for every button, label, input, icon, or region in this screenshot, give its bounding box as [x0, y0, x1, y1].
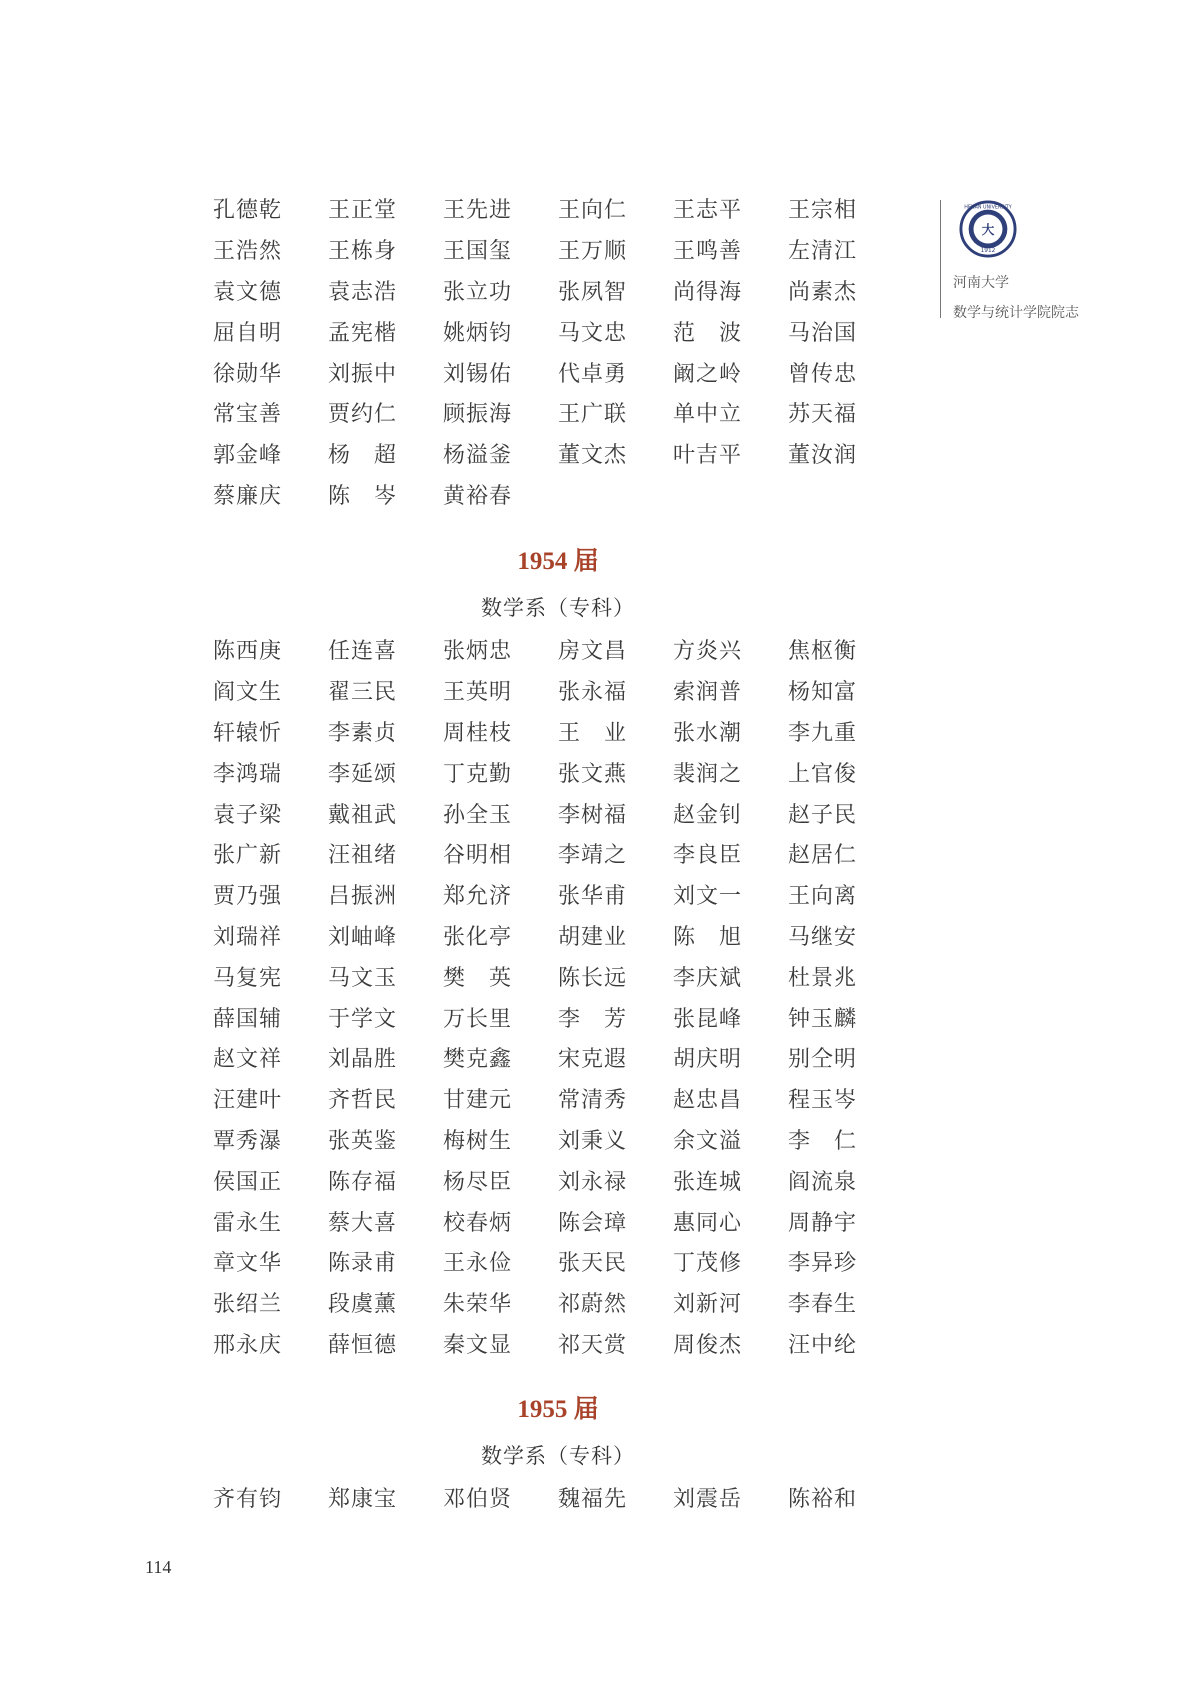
graduate-name: 雷永生 — [213, 1213, 328, 1235]
graduate-name: 章文华 — [213, 1253, 328, 1275]
graduate-name: 邓伯贤 — [443, 1489, 558, 1511]
graduate-name: 杨知富 — [788, 682, 903, 704]
svg-text:大: 大 — [982, 222, 995, 237]
graduate-name: 赵居仁 — [788, 845, 903, 867]
graduate-name: 万长里 — [443, 1009, 558, 1031]
graduate-name: 左清江 — [788, 241, 903, 263]
book-title: 数学与统计学院院志 — [953, 306, 1079, 320]
name-row: 覃秀瀑 张英鉴 梅树生 刘秉义 余文溢 李 仁 — [213, 1122, 903, 1163]
name-row: 阎文生 翟三民 王英明 张永福 索润普 杨知富 — [213, 673, 903, 714]
name-row: 王浩然 王栋身 王国玺 王万顺 王鸣善 左清江 — [213, 232, 903, 273]
graduate-name: 戴祖武 — [328, 805, 443, 827]
graduate-name: 翟三民 — [328, 682, 443, 704]
graduate-name: 余文溢 — [673, 1131, 788, 1153]
graduate-name: 李异珍 — [788, 1253, 903, 1275]
graduate-name: 王永俭 — [443, 1253, 558, 1275]
graduate-name: 王向离 — [788, 886, 903, 908]
graduate-name: 王浩然 — [213, 241, 328, 263]
graduate-name: 于学文 — [328, 1009, 443, 1031]
graduate-name: 陈 旭 — [673, 927, 788, 949]
graduate-name: 李良臣 — [673, 845, 788, 867]
graduate-name: 段虞薰 — [328, 1294, 443, 1316]
graduate-name: 谷明相 — [443, 845, 558, 867]
graduate-name: 周桂枝 — [443, 723, 558, 745]
page-number: 114 — [145, 1557, 171, 1578]
graduate-name: 薛恒德 — [328, 1335, 443, 1357]
graduate-name: 常清秀 — [558, 1090, 673, 1112]
graduate-name: 顾振海 — [443, 404, 558, 426]
graduate-name: 姚炳钧 — [443, 323, 558, 345]
graduate-name: 侯国正 — [213, 1172, 328, 1194]
graduate-name: 甘建元 — [443, 1090, 558, 1112]
graduate-name: 张夙智 — [558, 282, 673, 304]
graduate-name: 上官俊 — [788, 764, 903, 786]
continued-names-list: 孔德乾 王正堂 王先进 王向仁 王志平 王宗相 王浩然 王栋身 王国玺 王万顺 … — [213, 191, 903, 517]
name-row: 常宝善 贾约仁 顾振海 王广联 单中立 苏天福 — [213, 395, 903, 436]
graduate-name: 汪建叶 — [213, 1090, 328, 1112]
graduate-name: 李素贞 — [328, 723, 443, 745]
graduate-name: 祁蔚然 — [558, 1294, 673, 1316]
graduate-name: 刘振中 — [328, 364, 443, 386]
graduate-name: 徐勋华 — [213, 364, 328, 386]
graduate-name: 王广联 — [558, 404, 673, 426]
graduate-name: 赵文祥 — [213, 1049, 328, 1071]
graduate-name: 单中立 — [673, 404, 788, 426]
department-heading-1954: 数学系（专科） — [213, 592, 903, 622]
graduate-name: 陈裕和 — [788, 1489, 903, 1511]
graduate-name: 陈会璋 — [558, 1213, 673, 1235]
graduate-name: 王向仁 — [558, 200, 673, 222]
graduate-name: 李树福 — [558, 805, 673, 827]
graduate-name: 袁文德 — [213, 282, 328, 304]
graduate-name: 周俊杰 — [673, 1335, 788, 1357]
graduate-name: 阎文生 — [213, 682, 328, 704]
name-row: 徐勋华 刘振中 刘锡佑 代卓勇 阚之岭 曾传忠 — [213, 354, 903, 395]
graduate-name: 曾传忠 — [788, 364, 903, 386]
graduate-name: 焦枢衡 — [788, 641, 903, 663]
name-row: 刘瑞祥 刘岫峰 张化亭 胡建业 陈 旭 马继安 — [213, 918, 903, 959]
graduate-name: 李延颂 — [328, 764, 443, 786]
graduate-name: 常宝善 — [213, 404, 328, 426]
graduate-name: 校春炳 — [443, 1213, 558, 1235]
name-row: 章文华 陈录甫 王永俭 张天民 丁茂修 李异珍 — [213, 1244, 903, 1285]
graduate-name: 刘晶胜 — [328, 1049, 443, 1071]
graduate-name: 张昆峰 — [673, 1009, 788, 1031]
graduate-name: 阚之岭 — [673, 364, 788, 386]
graduate-name: 李庆斌 — [673, 968, 788, 990]
graduate-name: 丁茂修 — [673, 1253, 788, 1275]
name-row: 陈西庚 任连喜 张炳忠 房文昌 方炎兴 焦枢衡 — [213, 632, 903, 673]
graduate-name: 马继安 — [788, 927, 903, 949]
graduate-name: 尚得海 — [673, 282, 788, 304]
name-row: 齐有钧 郑康宝 邓伯贤 魏福先 刘震岳 陈裕和 — [213, 1480, 903, 1521]
graduate-name: 李 仁 — [788, 1131, 903, 1153]
graduate-name: 蔡大喜 — [328, 1213, 443, 1235]
names-list-1954: 陈西庚 任连喜 张炳忠 房文昌 方炎兴 焦枢衡 阎文生 翟三民 王英明 张永福 … — [213, 632, 903, 1366]
graduate-name: 袁志浩 — [328, 282, 443, 304]
name-row: 雷永生 蔡大喜 校春炳 陈会璋 惠同心 周静宇 — [213, 1203, 903, 1244]
graduate-name: 方炎兴 — [673, 641, 788, 663]
graduate-name: 齐哲民 — [328, 1090, 443, 1112]
graduate-name: 汪中纶 — [788, 1335, 903, 1357]
graduate-name: 刘瑞祥 — [213, 927, 328, 949]
graduate-name: 赵金钊 — [673, 805, 788, 827]
graduate-name: 屈自明 — [213, 323, 328, 345]
graduate-name: 李鸿瑞 — [213, 764, 328, 786]
graduate-name: 董文杰 — [558, 445, 673, 467]
graduate-name: 李 芳 — [558, 1009, 673, 1031]
graduate-name: 薛国辅 — [213, 1009, 328, 1031]
graduate-name: 张天民 — [558, 1253, 673, 1275]
graduate-name: 杨 超 — [328, 445, 443, 467]
graduate-name: 胡建业 — [558, 927, 673, 949]
name-row: 郭金峰 杨 超 杨溢釜 董文杰 叶吉平 董汝润 — [213, 436, 903, 477]
graduate-name: 王宗相 — [788, 200, 903, 222]
graduate-name: 钟玉麟 — [788, 1009, 903, 1031]
name-row: 赵文祥 刘晶胜 樊克鑫 宋克遐 胡庆明 别仝明 — [213, 1040, 903, 1081]
graduate-name: 郑允济 — [443, 886, 558, 908]
graduate-name: 孙全玉 — [443, 805, 558, 827]
graduate-name: 秦文显 — [443, 1335, 558, 1357]
graduate-name: 王国玺 — [443, 241, 558, 263]
graduate-name: 杜景兆 — [788, 968, 903, 990]
name-row: 汪建叶 齐哲民 甘建元 常清秀 赵忠昌 程玉岑 — [213, 1081, 903, 1122]
graduate-name: 陈长远 — [558, 968, 673, 990]
graduate-name: 周静宇 — [788, 1213, 903, 1235]
graduate-name: 刘锡佑 — [443, 364, 558, 386]
graduate-name: 王栋身 — [328, 241, 443, 263]
graduate-name: 樊克鑫 — [443, 1049, 558, 1071]
name-row: 蔡廉庆 陈 岑 黄裕春 — [213, 477, 903, 518]
graduate-name: 王 业 — [558, 723, 673, 745]
graduate-name: 刘秉义 — [558, 1131, 673, 1153]
graduate-name: 陈 岑 — [328, 486, 443, 508]
year-heading-1955: 1955 届 — [213, 1389, 903, 1425]
graduate-name: 宋克遐 — [558, 1049, 673, 1071]
name-row: 张绍兰 段虞薰 朱荣华 祁蔚然 刘新河 李春生 — [213, 1285, 903, 1326]
graduate-name: 别仝明 — [788, 1049, 903, 1071]
graduate-name: 尚素杰 — [788, 282, 903, 304]
graduate-name: 樊 英 — [443, 968, 558, 990]
graduate-name: 吕振洲 — [328, 886, 443, 908]
running-header-sidebar: 大 1912 HENAN UNIVERSITY 河南大学 数学与统计学院院志 — [940, 200, 1079, 318]
graduate-name: 张化亭 — [443, 927, 558, 949]
graduate-name: 刘新河 — [673, 1294, 788, 1316]
graduate-name: 郭金峰 — [213, 445, 328, 467]
graduate-name: 邢永庆 — [213, 1335, 328, 1357]
graduate-name: 索润普 — [673, 682, 788, 704]
graduate-name: 孔德乾 — [213, 200, 328, 222]
graduate-name: 赵子民 — [788, 805, 903, 827]
name-row: 侯国正 陈存福 杨尽臣 刘永禄 张连城 阎流泉 — [213, 1162, 903, 1203]
graduate-name: 张水潮 — [673, 723, 788, 745]
graduate-name: 李春生 — [788, 1294, 903, 1316]
name-row: 薛国辅 于学文 万长里 李 芳 张昆峰 钟玉麟 — [213, 999, 903, 1040]
graduate-name: 张炳忠 — [443, 641, 558, 663]
name-row: 轩辕忻 李素贞 周桂枝 王 业 张水潮 李九重 — [213, 714, 903, 755]
graduate-name: 王鸣善 — [673, 241, 788, 263]
graduate-name: 张绍兰 — [213, 1294, 328, 1316]
graduate-name: 张广新 — [213, 845, 328, 867]
graduate-name: 惠同心 — [673, 1213, 788, 1235]
name-row: 马复宪 马文玉 樊 英 陈长远 李庆斌 杜景兆 — [213, 958, 903, 999]
graduate-name: 赵忠昌 — [673, 1090, 788, 1112]
graduate-name: 范 波 — [673, 323, 788, 345]
graduate-name: 马文玉 — [328, 968, 443, 990]
graduate-name: 李九重 — [788, 723, 903, 745]
graduate-name: 程玉岑 — [788, 1090, 903, 1112]
graduate-name: 蔡廉庆 — [213, 486, 328, 508]
name-row: 张广新 汪祖绪 谷明相 李靖之 李良臣 赵居仁 — [213, 836, 903, 877]
graduate-name: 刘岫峰 — [328, 927, 443, 949]
graduate-name: 梅树生 — [443, 1131, 558, 1153]
graduate-name: 马治国 — [788, 323, 903, 345]
graduate-name: 胡庆明 — [673, 1049, 788, 1071]
graduate-name: 王正堂 — [328, 200, 443, 222]
graduate-name: 杨溢釜 — [443, 445, 558, 467]
graduate-name: 叶吉平 — [673, 445, 788, 467]
graduate-name: 房文昌 — [558, 641, 673, 663]
graduate-name: 陈存福 — [328, 1172, 443, 1194]
graduate-name: 马文忠 — [558, 323, 673, 345]
graduate-name: 王志平 — [673, 200, 788, 222]
graduate-name: 袁子梁 — [213, 805, 328, 827]
henan-university-seal-icon: 大 1912 HENAN UNIVERSITY — [959, 200, 1017, 258]
name-row: 李鸿瑞 李延颂 丁克勤 张文燕 裴润之 上官俊 — [213, 754, 903, 795]
svg-text:1912: 1912 — [981, 248, 996, 254]
document-page: 大 1912 HENAN UNIVERSITY 河南大学 数学与统计学院院志 孔… — [0, 0, 1190, 1684]
graduate-name: 任连喜 — [328, 641, 443, 663]
graduate-name: 贾乃强 — [213, 886, 328, 908]
graduate-name: 王先进 — [443, 200, 558, 222]
year-heading-1954: 1954 届 — [213, 541, 903, 577]
graduate-name: 刘震岳 — [673, 1489, 788, 1511]
graduate-name: 覃秀瀑 — [213, 1131, 328, 1153]
graduate-name: 杨尽臣 — [443, 1172, 558, 1194]
graduate-name: 张文燕 — [558, 764, 673, 786]
graduate-name: 汪祖绪 — [328, 845, 443, 867]
graduate-name: 孟宪楷 — [328, 323, 443, 345]
graduate-name: 魏福先 — [558, 1489, 673, 1511]
name-row: 袁子梁 戴祖武 孙全玉 李树福 赵金钊 赵子民 — [213, 795, 903, 836]
department-heading-1955: 数学系（专科） — [213, 1440, 903, 1470]
name-row: 孔德乾 王正堂 王先进 王向仁 王志平 王宗相 — [213, 191, 903, 232]
name-row: 贾乃强 吕振洲 郑允济 张华甫 刘文一 王向离 — [213, 877, 903, 918]
graduate-name: 张英鉴 — [328, 1131, 443, 1153]
graduate-name: 刘文一 — [673, 886, 788, 908]
graduate-name: 陈西庚 — [213, 641, 328, 663]
graduate-name: 轩辕忻 — [213, 723, 328, 745]
graduate-name: 李靖之 — [558, 845, 673, 867]
graduate-name: 张华甫 — [558, 886, 673, 908]
graduate-name: 贾约仁 — [328, 404, 443, 426]
graduate-name: 刘永禄 — [558, 1172, 673, 1194]
graduate-name: 王万顺 — [558, 241, 673, 263]
graduate-name: 朱荣华 — [443, 1294, 558, 1316]
graduate-name: 阎流泉 — [788, 1172, 903, 1194]
graduate-name: 齐有钧 — [213, 1489, 328, 1511]
names-list-1955: 齐有钧 郑康宝 邓伯贤 魏福先 刘震岳 陈裕和 — [213, 1480, 903, 1521]
graduate-name: 代卓勇 — [558, 364, 673, 386]
graduate-name: 郑康宝 — [328, 1489, 443, 1511]
name-row: 邢永庆 薛恒德 秦文显 祁天赏 周俊杰 汪中纶 — [213, 1326, 903, 1367]
graduate-name: 张立功 — [443, 282, 558, 304]
name-row: 袁文德 袁志浩 张立功 张夙智 尚得海 尚素杰 — [213, 273, 903, 314]
graduate-name: 张连城 — [673, 1172, 788, 1194]
graduate-name: 丁克勤 — [443, 764, 558, 786]
graduate-name: 黄裕春 — [443, 486, 558, 508]
university-name: 河南大学 — [953, 276, 1079, 290]
graduate-name: 祁天赏 — [558, 1335, 673, 1357]
name-row: 屈自明 孟宪楷 姚炳钧 马文忠 范 波 马治国 — [213, 313, 903, 354]
graduate-name: 苏天福 — [788, 404, 903, 426]
svg-text:HENAN UNIVERSITY: HENAN UNIVERSITY — [964, 205, 1011, 211]
graduate-name: 马复宪 — [213, 968, 328, 990]
graduate-name: 董汝润 — [788, 445, 903, 467]
graduate-name: 王英明 — [443, 682, 558, 704]
graduate-name: 陈录甫 — [328, 1253, 443, 1275]
graduate-name: 裴润之 — [673, 764, 788, 786]
graduate-name: 张永福 — [558, 682, 673, 704]
